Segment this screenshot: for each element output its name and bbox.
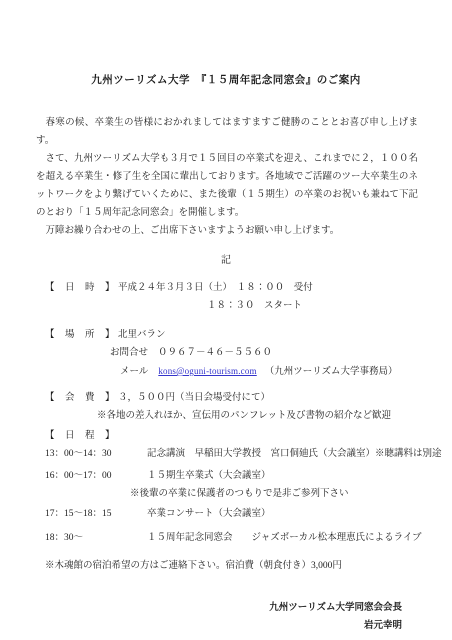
fee-amount: ３，５００円（当日会場受付にて） xyxy=(118,389,452,407)
greeting-section: 春寒の候、卒業生の皆様におかれましてはますますご健勝のこととお喜び申し上げます。… xyxy=(36,114,418,240)
schedule-desc-2: １５期生卒業式（大会議室） xyxy=(147,467,271,485)
signature-org: 九州ツーリズム大学同窓会会長 xyxy=(0,599,402,617)
email-link[interactable]: kons@oguni-tourism.com xyxy=(158,366,256,376)
lodging-note: ※木魂館の宿泊希望の方はご連絡下さい。宿泊費（朝食付き）3,000円 xyxy=(45,557,452,575)
place-row: 【 場 所 】 北里バラン xyxy=(45,326,452,344)
email-note: （九州ツーリズム大学事務局） xyxy=(265,367,398,377)
schedule-label: 【 日 程 】 xyxy=(45,427,452,445)
contact-line: お問合せ０９６７－４６－５５６０ xyxy=(110,344,452,362)
fee-note: ※各地の差入れほか、宣伝用のパンフレット及び書物の紹介など歓迎 xyxy=(97,407,452,425)
schedule-time-3: 17：15～18：15 xyxy=(45,505,147,523)
greeting-line-1: 春寒の候、卒業生の皆様におかれましてはますますご健勝のこととお喜び申し上げます。 xyxy=(36,114,418,150)
schedule-item-2: 16：00～17：00 １５期生卒業式（大会議室） xyxy=(45,467,452,485)
record-marker: 記 xyxy=(0,252,452,270)
greeting-line-3: 万障お繰り合わせの上、ご出席下さいますようお願い申し上げます。 xyxy=(36,222,418,240)
fee-row: 【 会 費 】 ３，５００円（当日会場受付にて） xyxy=(45,389,452,407)
document-title: 九州ツーリズム大学 『１５周年記念同窓会』のご案内 xyxy=(0,72,452,88)
greeting-line-2: さて、九州ツーリズム大学も３月で１５回目の卒業式を迎え、これまでに２，１００名を… xyxy=(36,150,418,222)
schedule-time-1: 13：00～14：30 xyxy=(45,445,147,463)
phone-number: ０９６７－４６－５５６０ xyxy=(158,348,272,358)
schedule-item-4: 18：30～ １５周年記念同窓会 ジャズボーカル松本理恵氏によるライブ xyxy=(45,529,452,547)
schedule-desc-4: １５周年記念同窓会 ジャズボーカル松本理恵氏によるライブ xyxy=(147,529,422,547)
signature-name: 岩元幸明 xyxy=(0,617,402,635)
schedule-note: ※後輩の卒業に保護者のつもりで是非ご参列下さい xyxy=(130,485,452,503)
fee-label: 【 会 費 】 xyxy=(45,389,118,407)
schedule-time-2: 16：00～17：00 xyxy=(45,467,147,485)
schedule-item-1: 13：00～14：30 記念講演 早稲田大学教授 宮口侗廸氏（大会議室）※聴講料… xyxy=(45,445,452,463)
datetime-label: 【 日 時 】 xyxy=(45,279,118,297)
place-label: 【 場 所 】 xyxy=(45,326,118,344)
record-section: 【 日 時 】 平成２４年３月３日（土） １８：００ 受付 １８：３０ スタート… xyxy=(0,279,452,575)
schedule-time-4: 18：30～ xyxy=(45,529,147,547)
mail-line: メールkons@oguni-tourism.com（九州ツーリズム大学事務局） xyxy=(120,362,452,381)
datetime-line-1: 平成２４年３月３日（土） １８：００ 受付 xyxy=(118,279,452,297)
datetime-line-2: １８：３０ スタート xyxy=(207,297,452,315)
mail-label: メール xyxy=(120,367,148,377)
schedule-item-3: 17：15～18：15 卒業コンサート（大会議室） xyxy=(45,505,452,523)
datetime-row: 【 日 時 】 平成２４年３月３日（土） １８：００ 受付 １８：３０ スタート xyxy=(45,279,452,315)
schedule-desc-1: 記念講演 早稲田大学教授 宮口侗廸氏（大会議室）※聴講料は別途 xyxy=(147,445,442,463)
schedule-desc-3: 卒業コンサート（大会議室） xyxy=(147,505,271,523)
venue-name: 北里バラン xyxy=(118,326,452,344)
signature-block: 九州ツーリズム大学同窓会会長 岩元幸明 xyxy=(0,599,452,635)
contact-label: お問合せ xyxy=(110,348,148,358)
document-page: 九州ツーリズム大学 『１５周年記念同窓会』のご案内 春寒の候、卒業生の皆様におか… xyxy=(0,0,452,640)
datetime-value: 平成２４年３月３日（土） １８：００ 受付 １８：３０ スタート xyxy=(118,279,452,315)
